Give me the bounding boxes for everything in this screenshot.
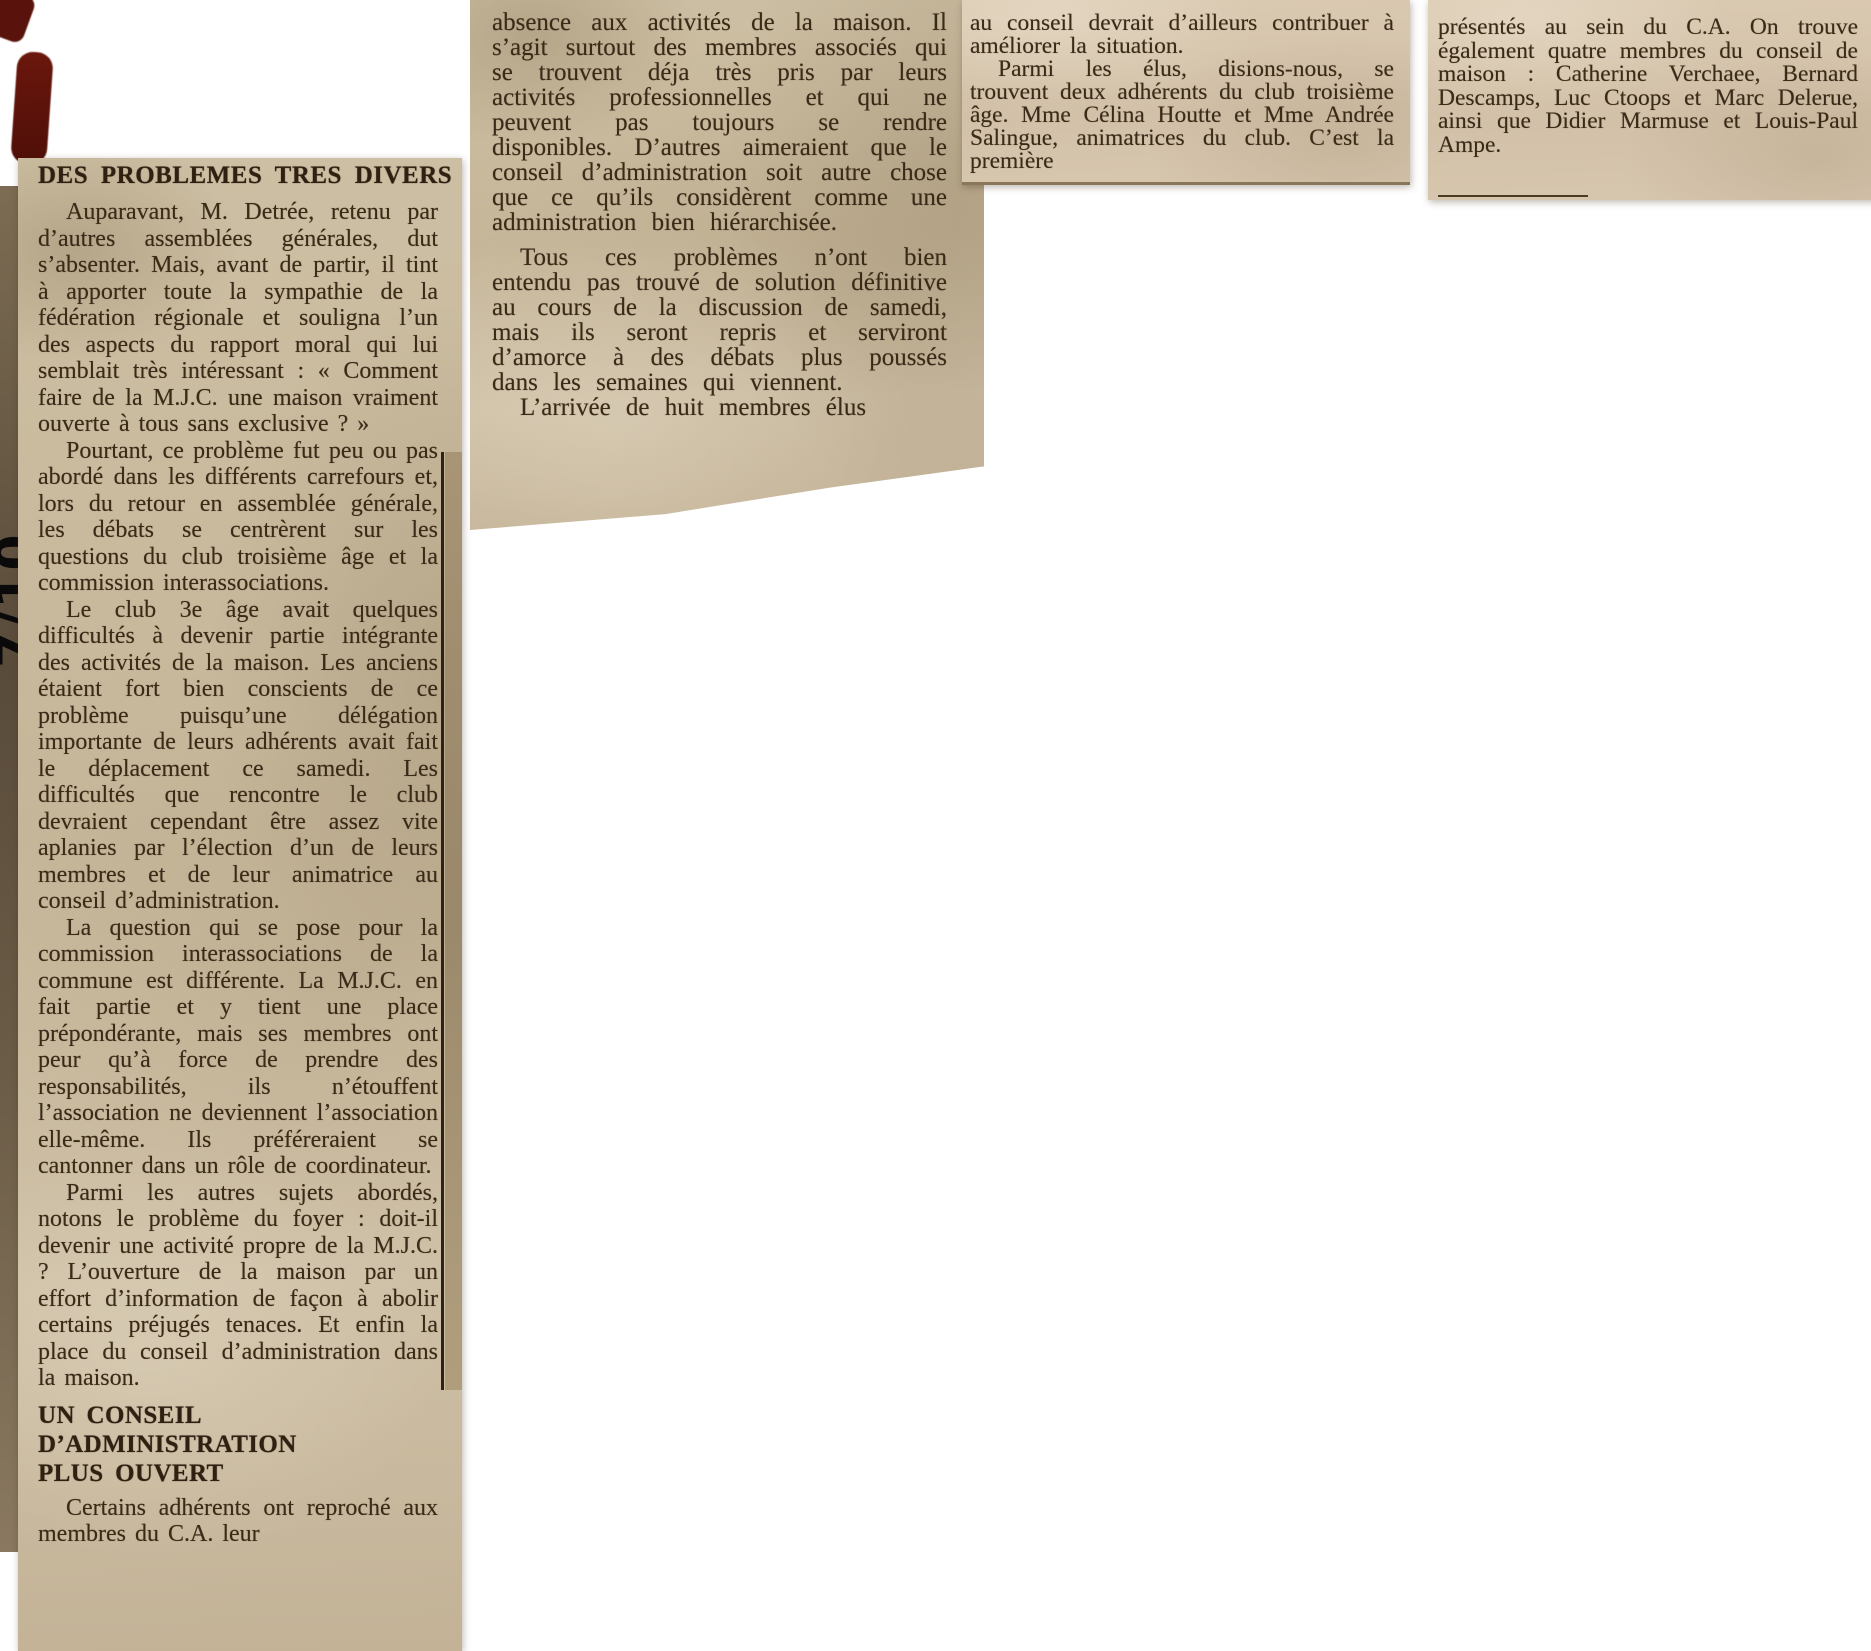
- paragraph: L’arrivée de huit membres élus: [492, 395, 947, 420]
- clipping-column-3: au conseil devrait d’ailleurs contribuer…: [962, 0, 1410, 185]
- paragraph: Tous ces problèmes n’ont bien entendu pa…: [492, 245, 947, 395]
- left-column-text: DES PROBLEMES TRES DIVERS Auparavant, M.…: [38, 162, 438, 1548]
- paragraph: Auparavant, M. Detrée, retenu par d’autr…: [38, 199, 438, 438]
- paragraph: Parmi les élus, disions-nous, se trouven…: [970, 58, 1394, 173]
- torn-paper-strip: [445, 452, 462, 1390]
- clipping-column-4: présentés au sein du C.A. On trouve égal…: [1428, 0, 1871, 200]
- clipping-torn-edge: 7/10: [0, 186, 19, 1552]
- paragraph: Pourtant, ce problème fut peu ou pas abo…: [38, 438, 438, 597]
- paragraph: Certains adhérents ont reproché aux memb…: [38, 1495, 438, 1548]
- paragraph: Parmi les autres sujets abordés, notons …: [38, 1180, 438, 1392]
- red-marker-stroke-1: [0, 0, 37, 45]
- paragraph: absence aux activités de la maison. Il s…: [492, 10, 947, 235]
- red-marker-stroke-2: [10, 51, 54, 165]
- paragraph: présentés au sein du C.A. On trouve égal…: [1438, 16, 1858, 157]
- paragraph: La question qui se pose pour la commissi…: [38, 915, 438, 1180]
- margin-note-vertical: 7/10: [0, 532, 19, 668]
- clipping-left-column: DES PROBLEMES TRES DIVERS Auparavant, M.…: [18, 158, 462, 1651]
- clipping-column-2: absence aux activités de la maison. Il s…: [470, 0, 984, 530]
- scanned-newspaper-page: { "document_type": "newspaper clipping s…: [0, 0, 1871, 1651]
- paragraph: Le club 3e âge avait quelques difficulté…: [38, 597, 438, 915]
- article-subheading: UN CONSEIL D’ADMINISTRATION PLUS OUVERT: [38, 1401, 328, 1488]
- article-heading: DES PROBLEMES TRES DIVERS: [38, 162, 438, 190]
- paragraph: au conseil devrait d’ailleurs contribuer…: [970, 12, 1394, 58]
- column-rule: [441, 452, 444, 1390]
